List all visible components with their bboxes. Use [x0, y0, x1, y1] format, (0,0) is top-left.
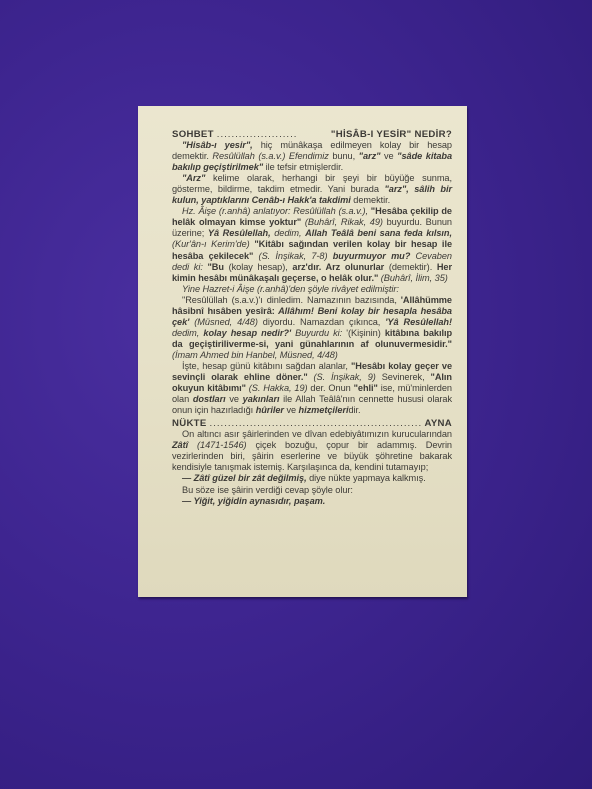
paragraph: "Resûlüllah (s.a.v.)'ı dinledim. Namazın… — [172, 295, 452, 361]
section-header-nukte: NÜKTE ..................................… — [172, 418, 452, 429]
section-header-sohbet: SOHBET ...................... "HİSÂB-I Y… — [172, 129, 452, 140]
paragraph: Hz. Âişe (r.anhâ) anlatıyor: Resûlüllah … — [172, 206, 452, 283]
paragraph: "Arz" kelime olarak, herhangi bir şeyi b… — [172, 173, 452, 206]
paragraph: On altıncı asır şâirlerinden ve dîvan ed… — [172, 429, 452, 473]
article-content: SOHBET ...................... "HİSÂB-I Y… — [172, 129, 452, 507]
header-dots: ........................................… — [210, 418, 422, 429]
header-title: "HİSÂB-I YESİR" NEDİR? — [331, 129, 452, 140]
header-left: NÜKTE — [172, 418, 207, 429]
header-dots: ...................... — [217, 129, 328, 140]
paragraph: "Hisâb-ı yesir", hiç münâkaşa edilmeyen … — [172, 140, 452, 173]
paragraph: — Zâtî güzel bir zât değilmiş, diye nükt… — [172, 473, 452, 484]
paragraph: — Yiğit, yiğidin aynasıdır, paşam. — [172, 496, 452, 507]
header-title: AYNA — [424, 418, 452, 429]
paragraph: İşte, hesap günü kitâbını sağdan alanlar… — [172, 361, 452, 416]
header-left: SOHBET — [172, 129, 214, 140]
paragraph: Bu söze ise şâirin verdiği cevap şöyle o… — [172, 485, 452, 496]
paragraph: Yine Hazret-i Âişe (r.anhâ)'den şöyle ri… — [172, 284, 452, 295]
